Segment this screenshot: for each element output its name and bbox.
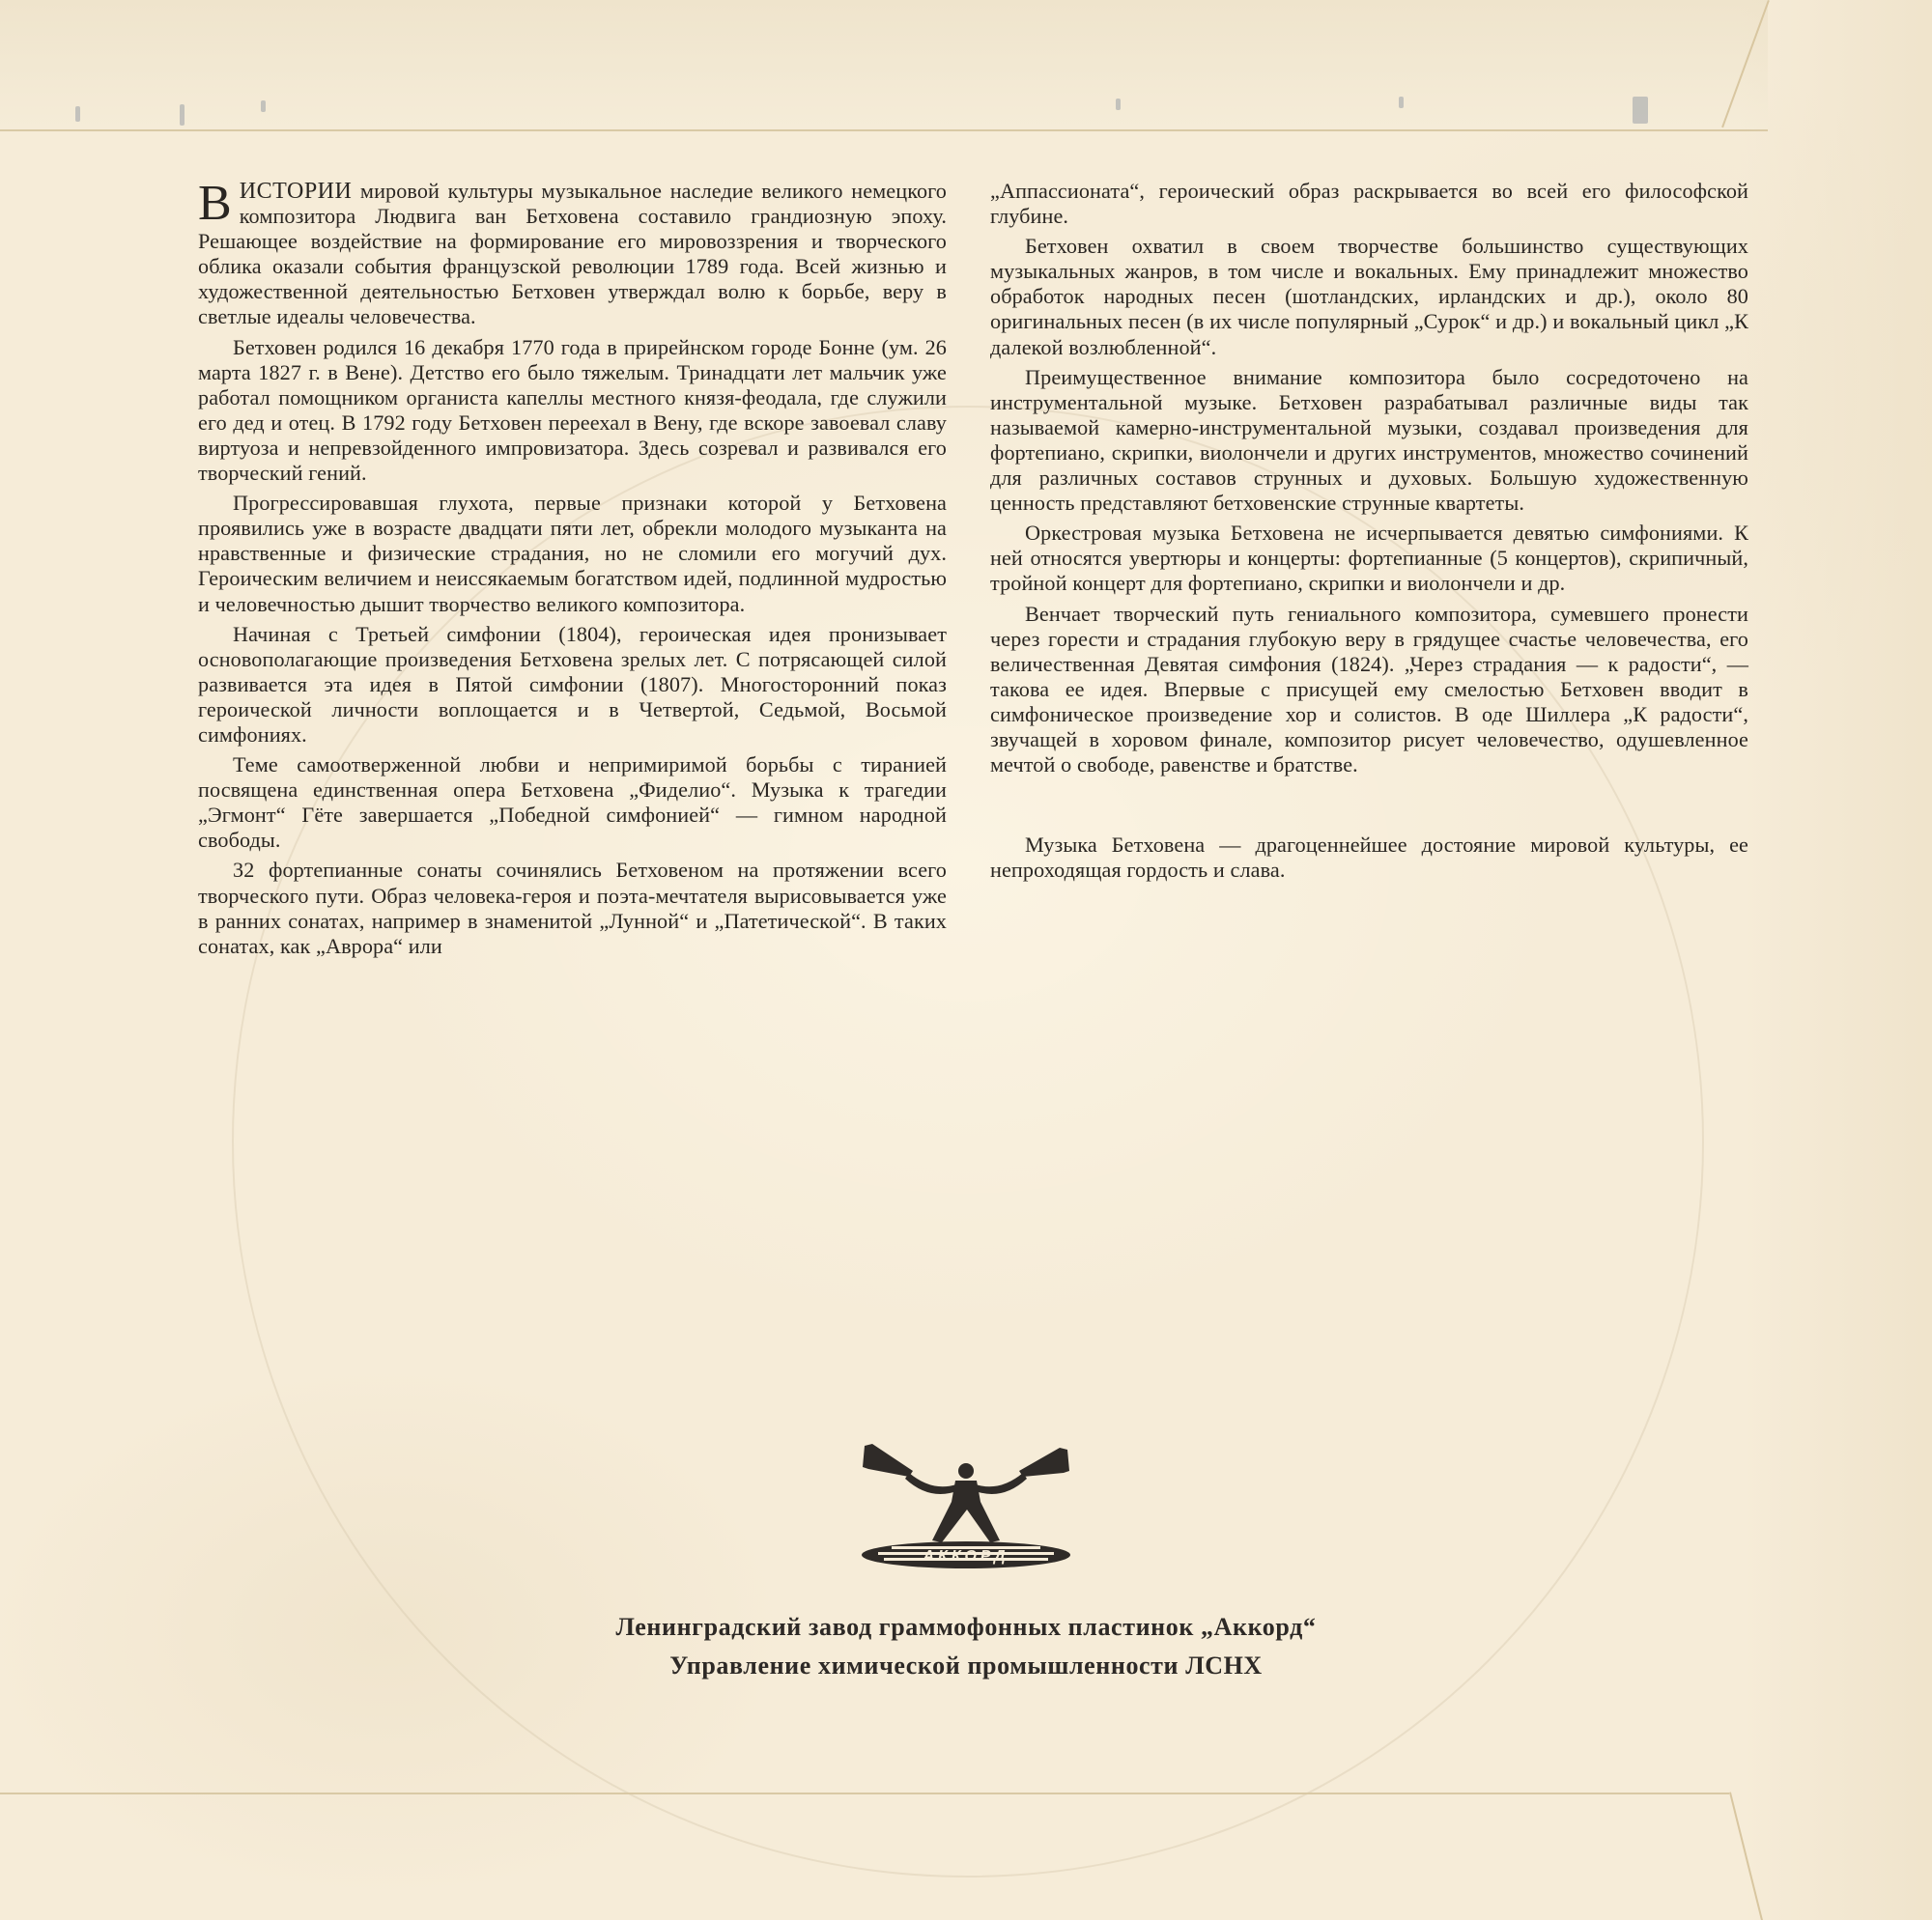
scuff-mark <box>1116 99 1121 110</box>
text-column-left: ВИСТОРИИ мировой культуры музыкальное на… <box>198 179 947 964</box>
text-column-right: „Аппассионата“, героический образ раскры… <box>990 179 1748 888</box>
top-flap <box>0 0 1768 131</box>
scuff-mark <box>261 100 266 112</box>
closing-paragraph: Музыка Бетховена — драгоценнейшее достоя… <box>990 833 1748 883</box>
lead-caps: ИСТОРИИ <box>240 179 353 204</box>
bottom-flap-edge <box>0 1793 1729 1794</box>
scuff-mark <box>1633 97 1648 124</box>
logo-wordmark: АККОРД <box>922 1548 1009 1565</box>
scuff-mark <box>1399 97 1404 108</box>
akkord-trumpeter-logo-icon: АККОРД <box>855 1444 1077 1569</box>
paragraph: „Аппассионата“, героический образ раскры… <box>990 179 1748 229</box>
paragraph: Прогрессировавшая глухота, первые призна… <box>198 491 947 616</box>
spacer <box>990 782 1748 833</box>
paragraph: Венчает творческий путь гениального комп… <box>990 602 1748 778</box>
paragraph: Преимущественное внимание композитора бы… <box>990 365 1748 517</box>
scuff-mark <box>75 106 80 122</box>
authority-line: Управление химической промышленности ЛСН… <box>0 1652 1932 1680</box>
paragraph: Бетховен охватил в своем творчестве боль… <box>990 234 1748 359</box>
paragraph: Начиная с Третьей симфонии (1804), герои… <box>198 622 947 748</box>
paragraph: Бетховен родился 16 декабря 1770 года в … <box>198 335 947 487</box>
publisher-line: Ленинградский завод граммофонных пластин… <box>0 1613 1932 1642</box>
paragraph: Теме самоотверженной любви и непримиримо… <box>198 752 947 853</box>
intro-paragraph: ВИСТОРИИ мировой культуры музыкальное на… <box>198 179 947 330</box>
scuff-mark <box>180 104 185 126</box>
drop-cap: В <box>198 184 232 223</box>
paragraph: Оркестровая музыка Бетховена не исчерпыв… <box>990 521 1748 596</box>
paragraph: 32 фортепианные сонаты сочинялись Бетхов… <box>198 858 947 958</box>
